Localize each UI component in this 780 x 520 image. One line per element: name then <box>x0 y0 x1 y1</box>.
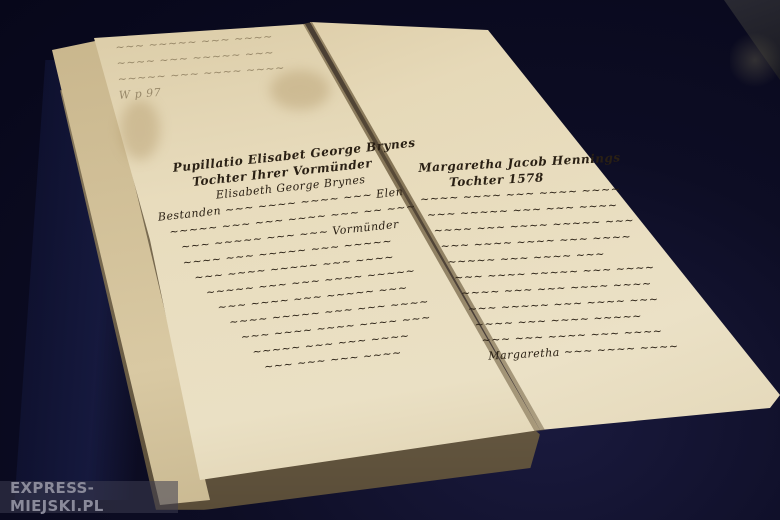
top-fragment-text: ~~~ ~~~~~ ~~~ ~~~~ ~~~~ ~~~ ~~~~~ ~~~ ~~… <box>115 28 287 104</box>
watermark-text: EXPRESS-MIEJSKI.PL <box>10 479 178 515</box>
open-book: ~~~ ~~~~~ ~~~ ~~~~ ~~~~ ~~~ ~~~~~ ~~~ ~~… <box>0 0 780 520</box>
right-page-text: Margaretha Jacob Hennings Tochter 1578 ~… <box>418 147 679 368</box>
paper-stain <box>120 100 160 160</box>
watermark: EXPRESS-MIEJSKI.PL <box>0 481 178 513</box>
left-page-text: Pupillatio Elisabet George Brynes Tochte… <box>172 135 438 383</box>
manuscript-photo: ~~~ ~~~~~ ~~~ ~~~~ ~~~~ ~~~ ~~~~~ ~~~ ~~… <box>0 0 780 520</box>
